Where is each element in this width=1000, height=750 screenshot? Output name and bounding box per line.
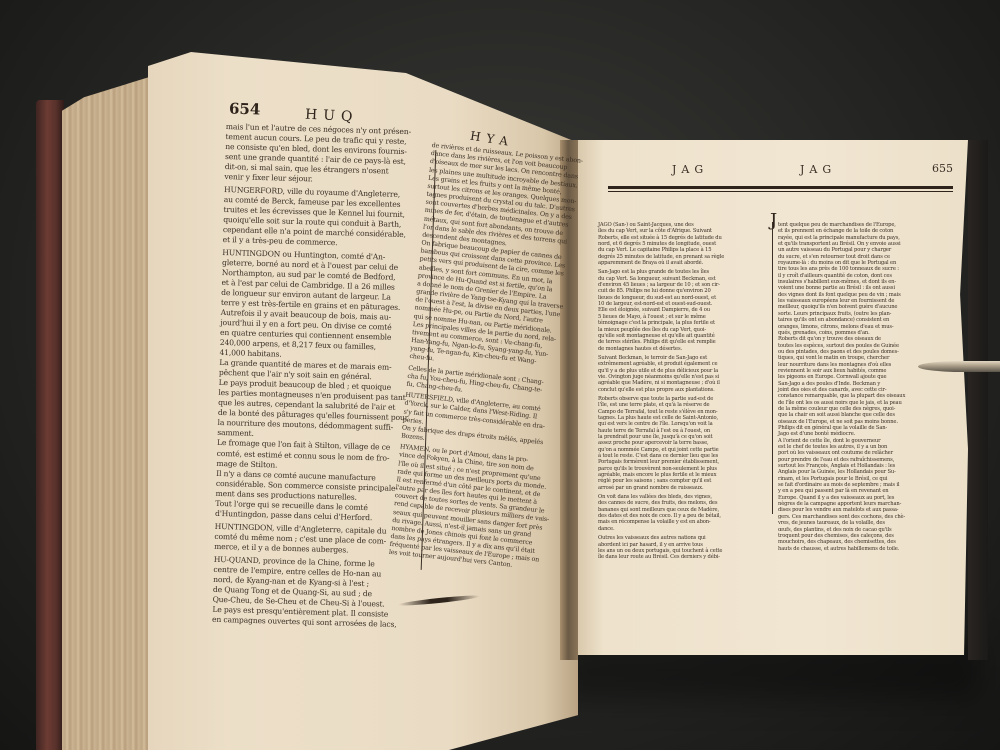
running-head-huq: HUQ xyxy=(305,107,359,126)
book-cover-spine xyxy=(36,100,64,750)
right-column-1: JAGO (San-) ou Saint-Jacques, une des îl… xyxy=(598,222,768,561)
running-head-jag-left: JAG xyxy=(672,163,708,176)
header-rule-thin xyxy=(608,191,953,192)
photo-scene: 654 HUQ HYA mais l'un et l'autre de ces … xyxy=(0,0,1000,750)
header-rule xyxy=(608,186,953,189)
page-number-left: 654 xyxy=(229,99,261,118)
text-line: dance. xyxy=(598,526,768,532)
text-line: hauts de chausse, et autres habillemens … xyxy=(778,546,948,552)
right-column-2: tent quelque peu de marchandises de l'Eu… xyxy=(778,222,948,552)
running-head-jag-right: JAG xyxy=(800,163,836,176)
text-line: apparemment de Braya où il avait abordé. xyxy=(598,260,768,266)
page-number-right: 655 xyxy=(932,162,953,175)
text-line: de montagnes hautes et désertes. xyxy=(598,346,768,352)
text-line: arrosé par un grand nombre de ruisseaux. xyxy=(598,485,768,491)
letter-opener-blade xyxy=(918,361,1000,372)
right-edge-shadow xyxy=(968,140,988,660)
column-divider xyxy=(772,222,773,514)
text-line: conclut qu'elle est plus propre aux plan… xyxy=(598,387,768,393)
text-line: île dans leur route au Brésil. Ces derni… xyxy=(598,554,768,560)
